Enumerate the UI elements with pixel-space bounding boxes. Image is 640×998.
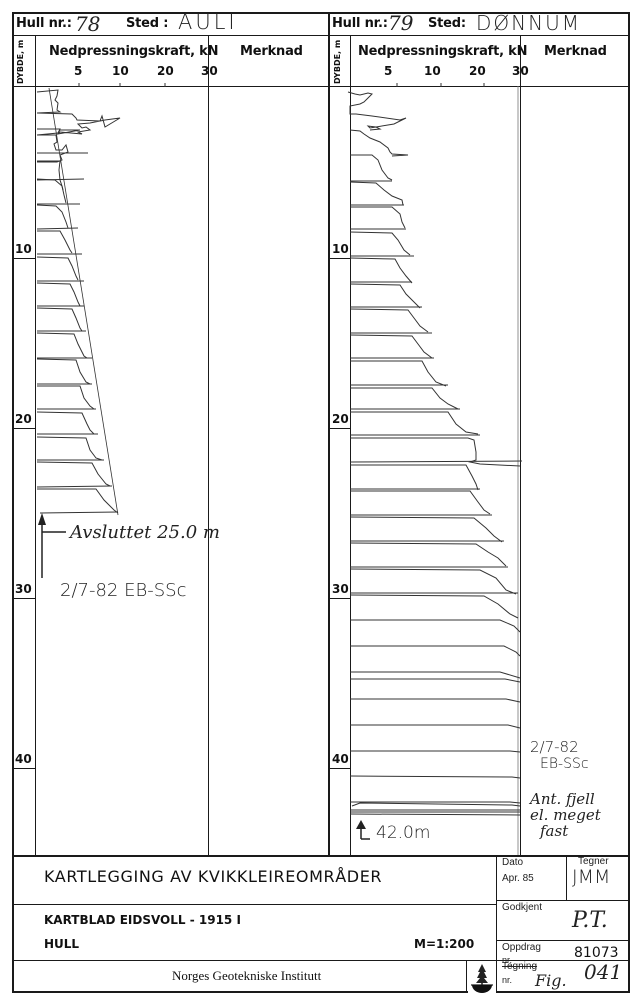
scale-label: M=1:200 bbox=[414, 937, 474, 951]
tegning-value: 041 bbox=[584, 960, 622, 984]
project-title: KARTLEGGING AV KVIKKLEIREOMRÅDER bbox=[44, 867, 382, 886]
meta-row-divider-2 bbox=[496, 940, 630, 941]
godkjent-label: Godkjent bbox=[502, 902, 542, 913]
dato-value: Apr. 85 bbox=[502, 873, 534, 884]
right-stop-annotation: 42.0m bbox=[376, 823, 430, 843]
oppdrag-value: 81073 bbox=[574, 945, 619, 961]
dato-label: Dato bbox=[502, 857, 523, 868]
tegner-value: JMM bbox=[572, 866, 610, 888]
meta-col-divider-top bbox=[566, 855, 567, 900]
title-row-divider-3 bbox=[12, 960, 630, 961]
right-remark-initials: EB-SSc bbox=[540, 756, 589, 772]
ngi-tree-logo-icon bbox=[468, 961, 496, 993]
logo-divider bbox=[466, 960, 467, 993]
tegning-nr-label: nr. bbox=[502, 975, 512, 985]
meta-row-divider-1 bbox=[496, 900, 630, 901]
right-stop-arrow-icon bbox=[356, 820, 370, 839]
tegning-label: Tegning bbox=[502, 961, 537, 972]
institution-name: Norges Geotekniske Institutt bbox=[172, 968, 321, 984]
map-sheet: KARTBLAD EIDSVOLL - 1915 I bbox=[44, 913, 241, 927]
title-row-divider-1 bbox=[12, 904, 496, 905]
tegning-prefix: Fig. bbox=[535, 971, 567, 990]
right-remark-date: 2/7-82 bbox=[530, 738, 579, 756]
oppdrag-label: Oppdrag bbox=[502, 942, 541, 953]
right-remark-line3: fast bbox=[540, 822, 568, 840]
title-block-right-divider bbox=[496, 855, 497, 993]
godkjent-signature: P.T. bbox=[572, 908, 608, 933]
right-sounding-curve bbox=[0, 0, 640, 860]
subject-label: HULL bbox=[44, 937, 79, 951]
